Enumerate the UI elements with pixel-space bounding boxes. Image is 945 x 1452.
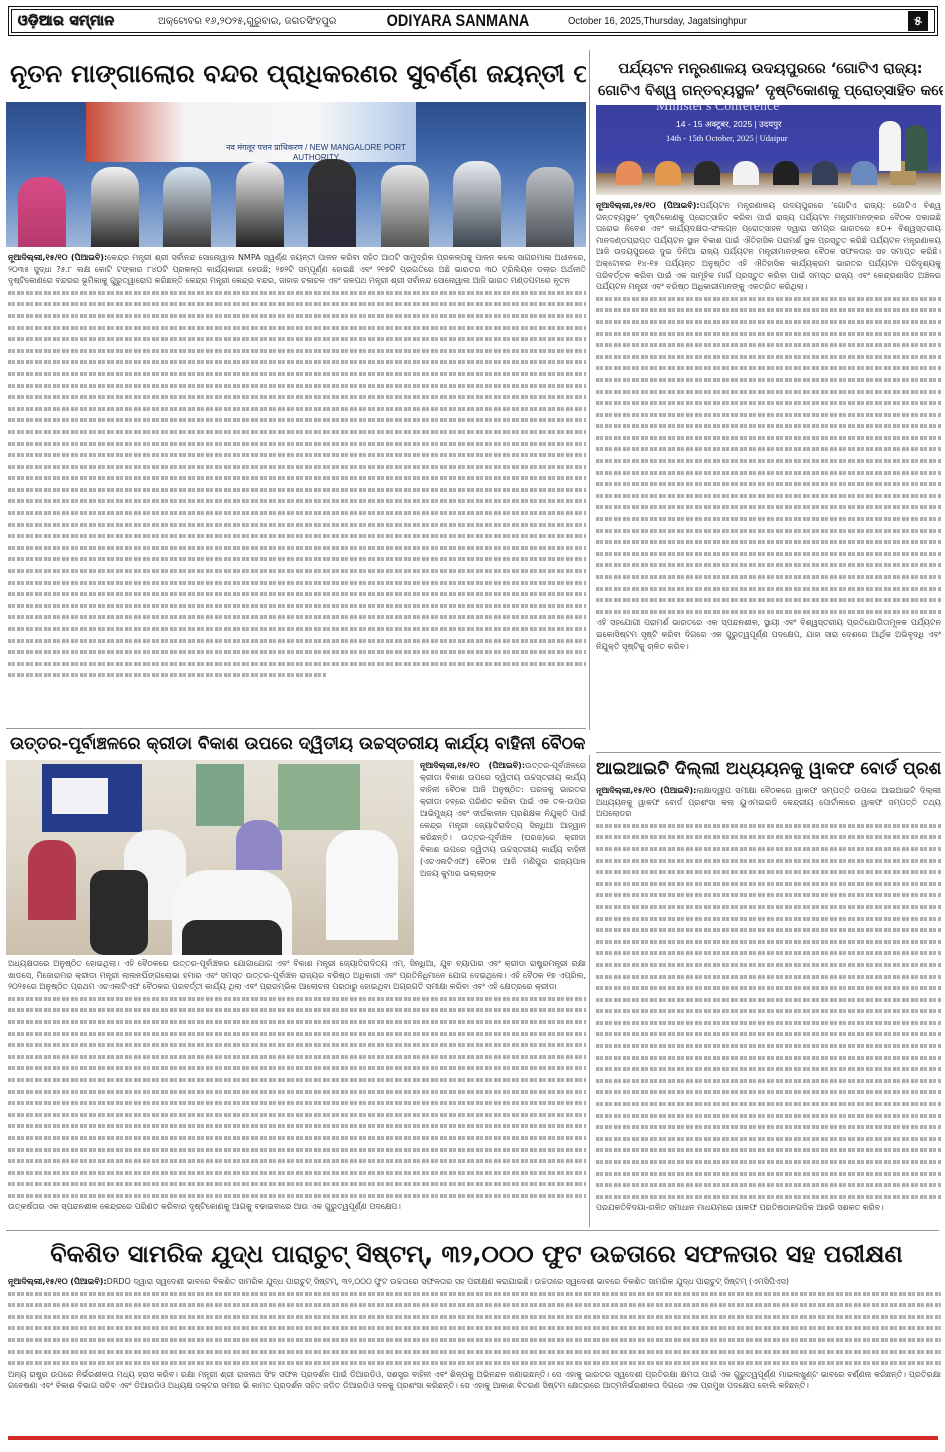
column-divider: [589, 755, 590, 1227]
masthead: ଓଡ଼ିଆର ସମ୍ମାନ ଅକ୍ଟୋବର ୧୬,୨୦୨୫,ଗୁରୁବାର, ଜ…: [8, 6, 938, 36]
article-closing: ଏହି ସହଯୋଗୀ ପରାମର୍ଶ ଭାରତରେ ଏକ ସ୍ପନ୍ଦନଶୀଳ,…: [596, 618, 941, 650]
page-number: ୫: [908, 11, 928, 31]
headline-tourism-line2: ଗୋଟିଏ ବିଶ୍ୱ ଗନ୍ତବ୍ୟସ୍ଥଳ’ ଦୃଷ୍ଟିକୋଣକୁ ପ୍ର…: [598, 80, 943, 102]
headline-iit-waqf: ଆଇଆଇଟି ଦିଲ୍ଲୀ ଅଧ୍ୟୟନକୁ ୱାକଫ ବୋର୍ଡ ପ୍ରଶଂସ…: [596, 756, 941, 782]
dateline: ନୂଆଦିଲ୍ଲୀ,୧୫/୧୦ (ପିଆଇବି):: [420, 761, 525, 770]
headline-nmpa: ନୂତନ ମାଙ୍ଗାଲୋର ବନ୍ଦର ପ୍ରାଧିକରଣର ସୁବର୍ଣ୍ଣ…: [10, 56, 586, 92]
article-body-nmpa: ନୂଆଦିଲ୍ଲୀ,୧୫/୧୦ (ପିଆଇବି):କେନ୍ଦ୍ର ମନ୍ତ୍ରୀ…: [8, 252, 586, 722]
dateline: ନୂଆଦିଲ୍ଲୀ,୧୫/୧୦ (ପିଆଇବି):: [8, 1277, 107, 1286]
article-closing: ପ୍ରଯୁକ୍ତିବିଦ୍ୟା-ଚାଳିତ ସମାଧାନ ମାଧ୍ୟମରେ ୱା…: [596, 1203, 884, 1210]
section-divider: [6, 728, 586, 729]
article-closing: ଉତ୍କର୍ଷତାର ଏକ ସ୍ପନ୍ଦନଶୀଳ କେନ୍ଦ୍ରରେ ପରିଣତ…: [8, 1202, 401, 1211]
article-body-iit-waqf: ନୂଆଦିଲ୍ଲୀ,୧୫/୧୦ (ପିଆଇବି):ଲାକ୍ଷାଦ୍ୱୀପ ସମୀ…: [596, 785, 941, 1210]
photo-tourism-conference: Minister's Conference 14 - 15 अक्टूबर, 2…: [596, 105, 941, 195]
date-odia: ଅକ୍ଟୋବର ୧୬,୨୦୨୫,ଗୁରୁବାର, ଜଗତସିଂହପୁର: [158, 16, 348, 27]
headline-northeast-sports: ଉତ୍ତର-ପୂର୍ବାଞ୍ଚଳରେ କ୍ରୀଡା ବିକାଶ ଉପରେ ଦ୍ୱ…: [10, 731, 586, 757]
headline-tourism-line1: ପର୍ଯ୍ୟଟନ ମନ୍ତ୍ରଣାଳୟ ଉଦୟପୁରରେ ‘ଗୋଟିଏ ରାଜ୍…: [598, 58, 943, 80]
column-divider: [589, 50, 590, 730]
dateline: ନୂଆଦିଲ୍ଲୀ,୧୫/୧୦ (ପିଆଇବି):: [596, 201, 700, 210]
footer-accent-bar: [8, 1436, 938, 1440]
headline-parachute: ବିକଶିତ ସାମରିକ ଯୁଦ୍ଧ ପାରାଚୁଟ୍ ସିଷ୍ଟମ୍, ୩୨…: [14, 1236, 939, 1272]
article-lead: ପର୍ଯ୍ୟଟନ ମନ୍ତ୍ରଣାଳୟ ଉଦୟପୁରରେ ‘ଗୋଟିଏ ରାଜ୍…: [596, 201, 941, 291]
article-side-text-northeast: ନୂଆଦିଲ୍ଲୀ,୧୫/୧୦ (ପିଆଇବି):ଉତ୍ତର-ପୂର୍ବାଞ୍ଚ…: [420, 760, 586, 955]
section-divider: [6, 1230, 939, 1231]
section-divider: [596, 752, 941, 753]
article-body: ଅଧ୍ୟକ୍ଷତାରେ ଅନୁଷ୍ଠିତ ହୋଇଥିଲା। ଏହି ବୈଠକରେ…: [8, 959, 586, 991]
article-side-text: ଉତ୍ତର-ପୂର୍ବାଞ୍ଚଳରେ କ୍ରୀଡା ବିକାଶ ଉପରେ ଦ୍ୱ…: [420, 761, 586, 878]
newspaper-logo: ଓଡ଼ିଆର ସମ୍ମାନ: [18, 13, 148, 29]
photo-banner-dates-hindi: 14 - 15 अक्टूबर, 2025 | उदयपुर: [676, 119, 782, 130]
photo-banner-title: Minister's Conference: [656, 105, 779, 115]
dateline: ନୂଆଦିଲ୍ଲୀ,୧୫/୧୦ (ପିଆଇବି):: [596, 786, 696, 795]
article-lead: DRDO ଦ୍ୱାରା ସ୍ୱଦେଶୀ ଭାବରେ ବିକଶିତ ସାମରିକ …: [107, 1277, 789, 1286]
photo-banner-dates-english: 14th - 15th October, 2025 | Udaipur: [666, 133, 788, 143]
article-body-parachute: ନୂଆଦିଲ୍ଲୀ,୧୫/୧୦ (ପିଆଇବି):DRDO ଦ୍ୱାରା ସ୍ୱ…: [8, 1276, 941, 1424]
article-closing: ଅନ୍ୟ ରାଷ୍ଟ୍ର ଉପରେ ନିର୍ଭରଶୀଳତା ମଧ୍ୟ ହ୍ରାସ…: [8, 1370, 941, 1391]
date-english: October 16, 2025,Thursday, Jagatsinghpur: [568, 15, 838, 27]
photo-banner-text: नव मंगलूर पत्तन प्राधिकरण / NEW MANGALOR…: [216, 142, 416, 162]
newspaper-title: ODIYARA SANMANA: [365, 11, 552, 31]
photo-northeast-meeting: [6, 760, 414, 955]
dateline: ନୂଆଦିଲ୍ଲୀ,୧୫/୧୦ (ପିଆଇବି):: [8, 253, 107, 262]
article-body-northeast: ଅଧ୍ୟକ୍ଷତାରେ ଅନୁଷ୍ଠିତ ହୋଇଥିଲା। ଏହି ବୈଠକରେ…: [8, 958, 586, 1226]
article-body-tourism: ନୂଆଦିଲ୍ଲୀ,୧୫/୧୦ (ପିଆଇବି):ପର୍ଯ୍ୟଟନ ମନ୍ତ୍ର…: [596, 200, 941, 728]
photo-nmpa-stamp-release: नव मंगलूर पत्तन प्राधिकरण / NEW MANGALOR…: [6, 102, 586, 247]
